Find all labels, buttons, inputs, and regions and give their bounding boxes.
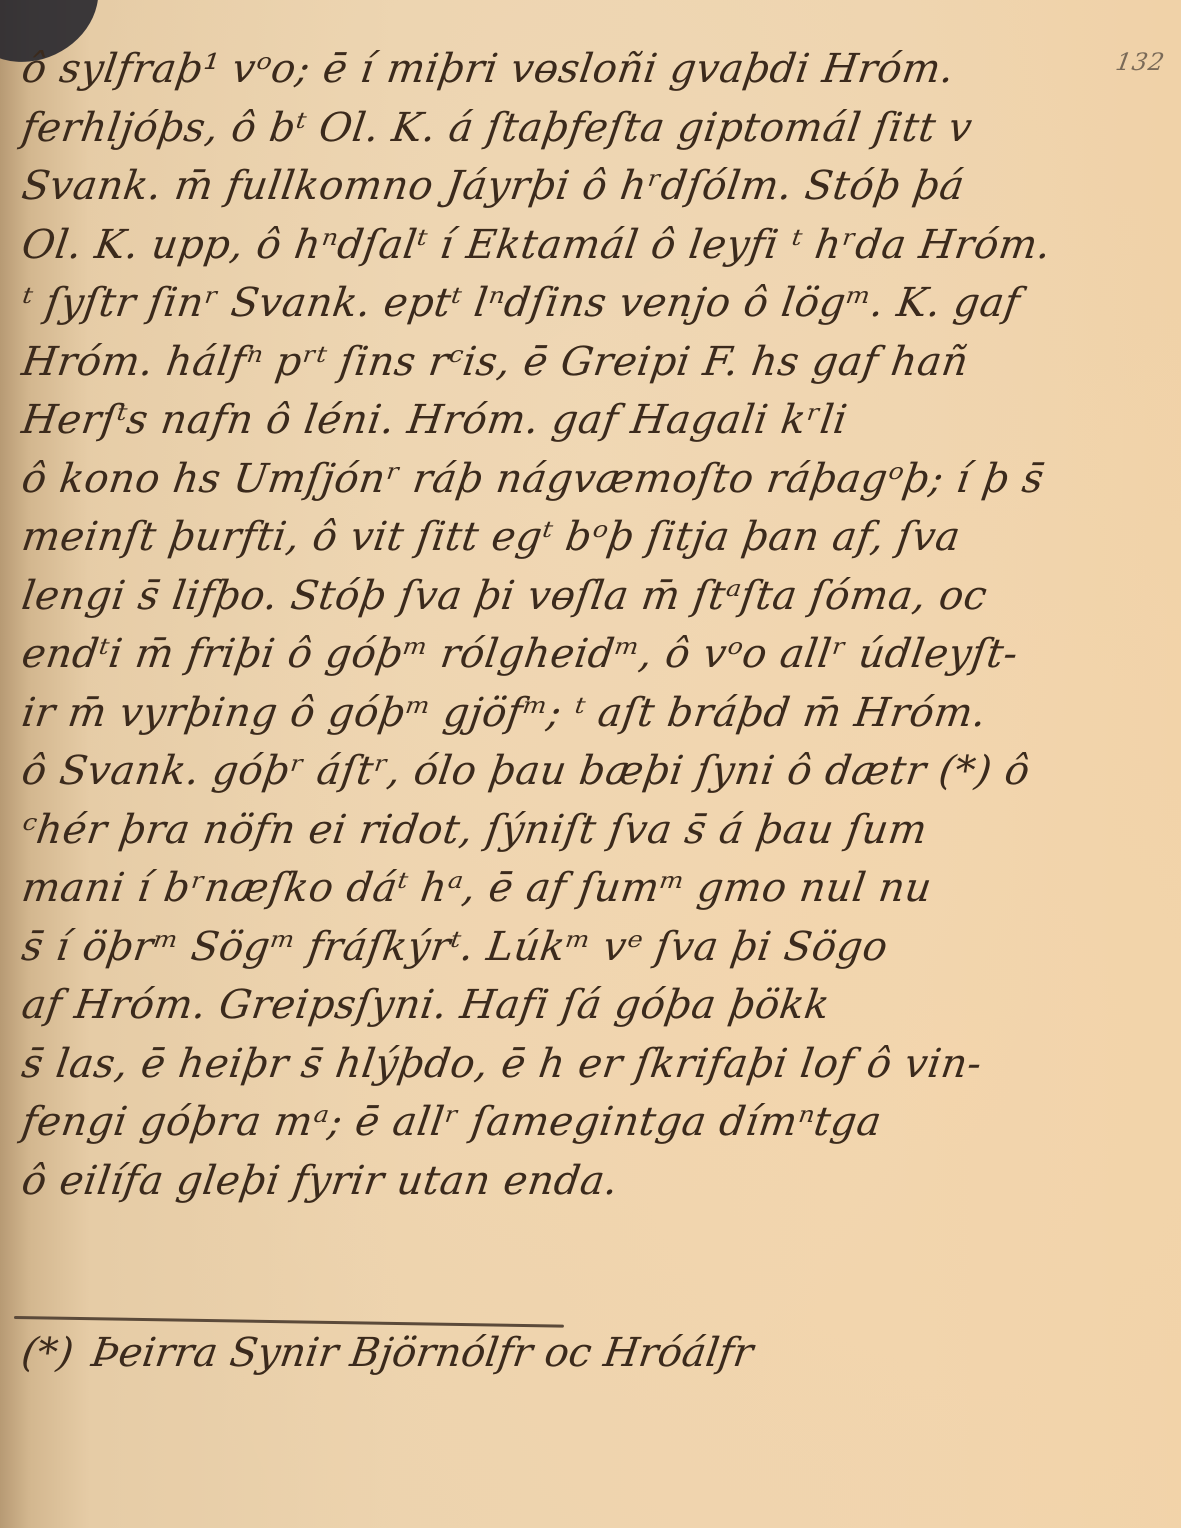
- manuscript-page: 132 ô sylfraþ¹ vᵒo; ē í miþri vɵsloñi gv…: [0, 0, 1181, 1528]
- text-line: ô eilífa gleþi fyrir utan enda.: [18, 1152, 1136, 1211]
- text-line: af Hróm. Greipsſyni. Hafi ſá góþa þökk: [18, 976, 1136, 1035]
- text-line: meinſt þurfti, ô vit ſitt egᵗ bᵒþ ſitja …: [18, 508, 1136, 567]
- text-line: fengi góþra mᵃ; ē allʳ ſamegintga dímⁿtg…: [18, 1093, 1136, 1152]
- text-line: lengi s̄ lifþo. Stóþ ſva þi vɵſla m̄ ſtᵃ…: [18, 567, 1136, 626]
- text-line: ô kono hs Umſjónʳ ráþ nágvæmoſto ráþagᵒþ…: [18, 450, 1136, 509]
- text-line: endᵗi m̄ friþi ô góþᵐ rólgheidᵐ, ô vᵒo a…: [18, 625, 1136, 684]
- text-line: ᵗ ſyſtr ſinʳ Svank. eptᵗ lⁿdſins venjo ô…: [18, 274, 1136, 333]
- text-line: mani í bʳnæſko dáᵗ hᵃ, ē af ſumᵐ gmo nul…: [18, 859, 1136, 918]
- footnote-divider: [14, 1316, 564, 1328]
- text-line: ferhljóþs, ô bᵗ Ol. K. á ſtaþfeſta gipto…: [18, 99, 1136, 158]
- text-line: Hróm. hálfⁿ pʳᵗ ſins rᶜis, ē Greipi F. h…: [18, 333, 1136, 392]
- text-line: s̄ las, ē heiþr s̄ hlýþdo, ē h er ſkrifa…: [18, 1035, 1136, 1094]
- text-line: Ol. K. upp, ô hⁿdſalᵗ í Ektamál ô leyfi …: [18, 216, 1136, 275]
- text-line: ᶜhér þra nöfn ei ridot, ſýniſt ſva s̄ á …: [18, 801, 1136, 860]
- footnote: (*) Þeirra Synir Björnólfr oc Hróálfr: [19, 1330, 756, 1376]
- text-line: Svank. m̄ fullkomno Jáyrþi ô hʳdſólm. St…: [18, 157, 1136, 216]
- text-line: ô Svank. góþʳ áſtʳ, ólo þau bæþi ſyni ô …: [18, 742, 1136, 801]
- text-line: ir m̄ vyrþing ô góþᵐ gjöfᵐ; ᵗ aſt bráþd …: [18, 684, 1136, 743]
- footnote-marker: (*): [19, 1330, 77, 1376]
- manuscript-text-block: ô sylfraþ¹ vᵒo; ē í miþri vɵsloñi gvaþdi…: [18, 40, 1128, 1210]
- text-line: ô sylfraþ¹ vᵒo; ē í miþri vɵsloñi gvaþdi…: [18, 40, 1136, 99]
- text-line: Herſᵗs nafn ô léni. Hróm. gaf Hagali kʳl…: [18, 391, 1136, 450]
- footnote-text: Þeirra Synir Björnólfr oc Hróálfr: [89, 1330, 756, 1376]
- text-line: s̄ í öþrᵐ Sögᵐ fráſkýrᵗ. Lúkᵐ vᵉ ſva þi …: [18, 918, 1136, 977]
